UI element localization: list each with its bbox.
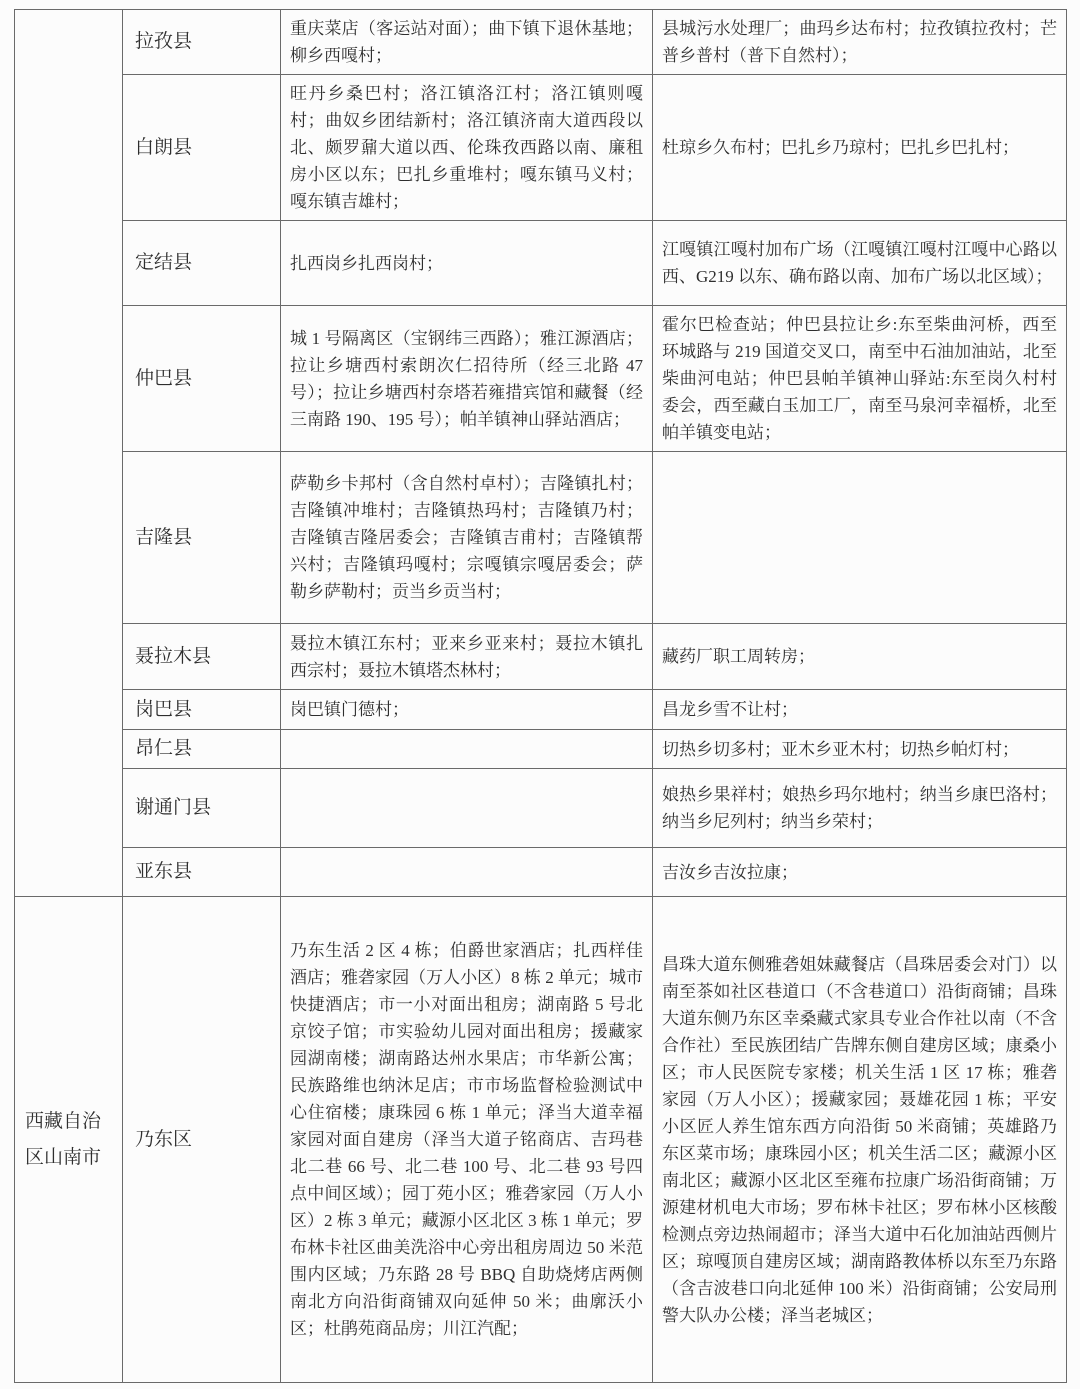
table-row: 白朗县 旺丹乡桑巴村；洛江镇洛江村；洛江镇则嘎村；曲奴乡团结新村；洛江镇济南大道…: [15, 75, 1067, 221]
county-cell: 昂仁县: [123, 730, 281, 769]
county-cell: 仲巴县: [123, 306, 281, 452]
region-cell-bottom: 西藏自治区山南市: [15, 897, 123, 1383]
table-row: 拉孜县 重庆菜店（客运站对面）；曲下镇下退休基地；柳乡西嘎村； 县城污水处理厂；…: [15, 10, 1067, 75]
area-list-cell-left: 岗巴镇门德村；: [281, 690, 653, 730]
table-row: 亚东县 吉汝乡吉汝拉康；: [15, 848, 1067, 897]
risk-area-table: 拉孜县 重庆菜店（客运站对面）；曲下镇下退休基地；柳乡西嘎村； 县城污水处理厂；…: [14, 9, 1067, 1383]
area-list-cell-right: 县城污水处理厂；曲玛乡达布村；拉孜镇拉孜村；芒普乡普村（普下自然村）；: [653, 10, 1067, 75]
county-cell: 谢通门县: [123, 769, 281, 848]
table-row: 谢通门县 娘热乡果祥村；娘热乡玛尔地村；纳当乡康巴洛村；纳当乡尼列村；纳当乡荣村…: [15, 769, 1067, 848]
region-cell-top: [15, 10, 123, 897]
county-cell: 拉孜县: [123, 10, 281, 75]
table-row: 定结县 扎西岗乡扎西岗村； 江嘎镇江嘎村加布广场（江嘎镇江嘎村江嘎中心路以西、G…: [15, 221, 1067, 306]
area-list-cell-right: [653, 452, 1067, 624]
area-list-cell-right: 江嘎镇江嘎村加布广场（江嘎镇江嘎村江嘎中心路以西、G219 以东、确布路以南、加…: [653, 221, 1067, 306]
area-list-cell-left: 扎西岗乡扎西岗村；: [281, 221, 653, 306]
table-row: 岗巴县 岗巴镇门德村； 昌龙乡雪不让村；: [15, 690, 1067, 730]
area-list-cell-left: [281, 769, 653, 848]
area-list-cell-right: 昌龙乡雪不让村；: [653, 690, 1067, 730]
area-list-cell-right: 吉汝乡吉汝拉康；: [653, 848, 1067, 897]
table-row: 吉隆县 萨勒乡卡邦村（含自然村卓村）；吉隆镇扎村；吉隆镇冲堆村；吉隆镇热玛村；吉…: [15, 452, 1067, 624]
county-cell: 聂拉木县: [123, 624, 281, 690]
area-list-cell-right: 昌珠大道东侧雅砻姐妹藏餐店（昌珠居委会对门）以南至茶如社区巷道口（不含巷道口）沿…: [653, 897, 1067, 1383]
area-list-cell-right: 杜琼乡久布村；巴扎乡乃琼村；巴扎乡巴扎村；: [653, 75, 1067, 221]
table-row: 仲巴县 城 1 号隔离区（宝钢纬三西路）；雅江源酒店；拉让乡塘西村索朗次仁招待所…: [15, 306, 1067, 452]
county-cell: 岗巴县: [123, 690, 281, 730]
county-cell: 吉隆县: [123, 452, 281, 624]
table-row: 聂拉木县 聂拉木镇江东村；亚来乡亚来村；聂拉木镇扎西宗村；聂拉木镇塔杰林村； 藏…: [15, 624, 1067, 690]
area-list-cell-right: 霍尔巴检查站；仲巴县拉让乡:东至柴曲河桥，西至环城路与 219 国道交叉口，南至…: [653, 306, 1067, 452]
area-list-cell-right: 娘热乡果祥村；娘热乡玛尔地村；纳当乡康巴洛村；纳当乡尼列村；纳当乡荣村；: [653, 769, 1067, 848]
area-list-cell-left: 旺丹乡桑巴村；洛江镇洛江村；洛江镇则嘎村；曲奴乡团结新村；洛江镇济南大道西段以北…: [281, 75, 653, 221]
area-list-cell-left: 重庆菜店（客运站对面）；曲下镇下退休基地；柳乡西嘎村；: [281, 10, 653, 75]
county-cell: 白朗县: [123, 75, 281, 221]
table-row: 昂仁县 切热乡切多村；亚木乡亚木村；切热乡帕灯村；: [15, 730, 1067, 769]
county-cell: 亚东县: [123, 848, 281, 897]
area-list-cell-left: 城 1 号隔离区（宝钢纬三西路）；雅江源酒店；拉让乡塘西村索朗次仁招待所（经三北…: [281, 306, 653, 452]
area-list-cell-right: 切热乡切多村；亚木乡亚木村；切热乡帕灯村；: [653, 730, 1067, 769]
area-list-cell-left: 聂拉木镇江东村；亚来乡亚来村；聂拉木镇扎西宗村；聂拉木镇塔杰林村；: [281, 624, 653, 690]
county-cell: 乃东区: [123, 897, 281, 1383]
document-page: 拉孜县 重庆菜店（客运站对面）；曲下镇下退休基地；柳乡西嘎村； 县城污水处理厂；…: [0, 0, 1080, 1389]
area-list-cell-left: [281, 730, 653, 769]
table-row: 西藏自治区山南市 乃东区 乃东生活 2 区 4 栋；伯爵世家酒店；扎西样佳酒店；…: [15, 897, 1067, 1383]
county-cell: 定结县: [123, 221, 281, 306]
area-list-cell-left: 萨勒乡卡邦村（含自然村卓村）；吉隆镇扎村；吉隆镇冲堆村；吉隆镇热玛村；吉隆镇乃村…: [281, 452, 653, 624]
area-list-cell-left: [281, 848, 653, 897]
area-list-cell-right: 藏药厂职工周转房；: [653, 624, 1067, 690]
area-list-cell-left: 乃东生活 2 区 4 栋；伯爵世家酒店；扎西样佳酒店；雅砻家园（万人小区）8 栋…: [281, 897, 653, 1383]
